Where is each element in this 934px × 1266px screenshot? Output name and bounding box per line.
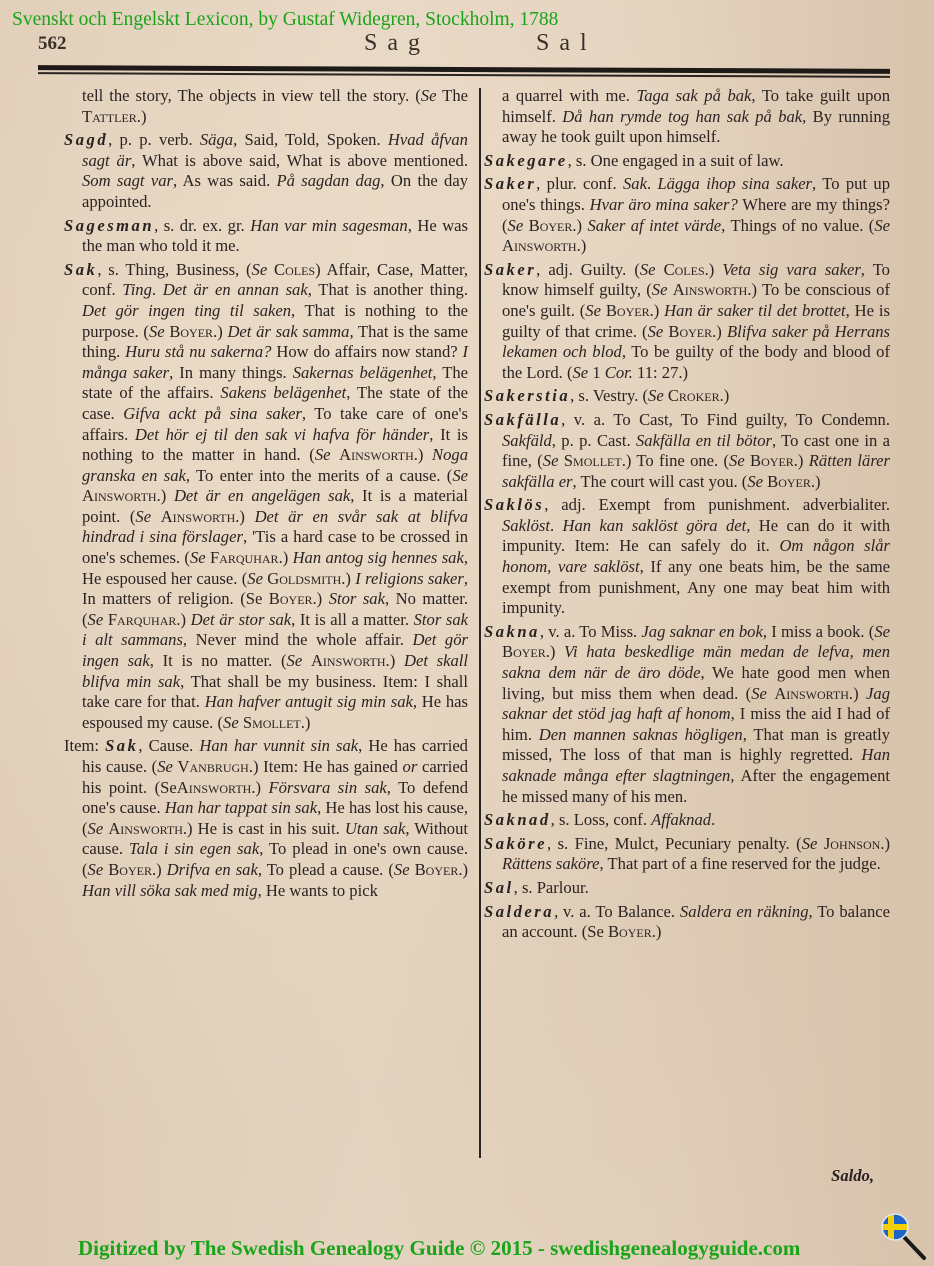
definition-text: , v. a. To Cast, To Find guilty, To Cond…: [561, 410, 890, 429]
headword: Sakfälla: [484, 410, 561, 429]
source-citation: Farquhar: [108, 610, 177, 629]
source-citation: Boyer: [269, 589, 313, 608]
swedish-phrase: Han är saker til det brottet: [664, 301, 845, 320]
definition-text: .): [458, 860, 468, 879]
definition-text: , s. Thing, Business, (: [97, 260, 251, 279]
swedish-phrase: Se: [543, 451, 559, 470]
swedish-phrase: Saker af intet värde: [588, 216, 722, 235]
dictionary-entry: Sakna, v. a. To Miss. Jag saknar en bok,…: [484, 622, 890, 807]
swedish-phrase: Se: [149, 322, 165, 341]
dictionary-entry: Sak, s. Thing, Business, (Se Coles) Affa…: [64, 260, 468, 734]
swedish-phrase: Se: [452, 466, 468, 485]
source-citation: Smollet: [564, 451, 622, 470]
swedish-phrase: Han har tappat sin sak: [165, 798, 317, 817]
swedish-phrase: Se: [573, 363, 589, 382]
swedish-phrase: Han var min sagesman: [250, 216, 408, 235]
source-citation: Ainsworth: [774, 684, 849, 703]
definition-text: , Said, Told, Spoken.: [233, 130, 388, 149]
definition-text: [302, 651, 311, 670]
source-citation: Boyer: [415, 860, 459, 879]
headword: Sagesman: [64, 216, 154, 235]
swedish-phrase: Han kan saklöst göra det: [562, 516, 746, 535]
definition-text: .: [152, 280, 163, 299]
swedish-phrase: Se: [315, 445, 331, 464]
headword: Sagd: [64, 130, 108, 149]
dictionary-entry: Saldera, v. a. To Balance. Saldera en rä…: [484, 902, 890, 943]
headword: Saknad: [484, 810, 551, 829]
definition-text: .): [650, 301, 665, 320]
definition-text: , I miss a book. (: [763, 622, 874, 641]
running-head-left: Sag: [364, 30, 430, 57]
definition-text: , It is no matter. (: [150, 651, 287, 670]
source-citation: Boyer: [108, 860, 152, 879]
headword: Sak: [105, 736, 138, 755]
source-citation: Boyer: [169, 322, 213, 341]
swedish-phrase: Se: [648, 322, 664, 341]
source-citation: Boyer: [502, 642, 546, 661]
headword: Saköre: [484, 834, 547, 853]
definition-text: , That is another thing.: [308, 280, 468, 299]
swedish-phrase: Den mannen saknas högligen: [539, 725, 743, 744]
swedish-phrase: Sakfäld: [502, 431, 552, 450]
dictionary-entry: Sagd, p. p. verb. Säga, Said, Told, Spok…: [64, 130, 468, 212]
definition-text: [331, 445, 340, 464]
swedish-phrase: Det är en angelägen sak: [174, 486, 350, 505]
definition-text: .: [550, 516, 563, 535]
swedish-phrase: På sagdan dag: [277, 171, 381, 190]
swedish-phrase: Han hafver antugit sig min sak: [205, 692, 413, 711]
swedish-phrase: Se: [252, 260, 268, 279]
definition-text: , That part of a fine reserved for the j…: [600, 854, 881, 873]
definition-text: , Cause.: [138, 736, 199, 755]
swedish-phrase: Sakfälla en til bötor: [636, 431, 772, 450]
definition-text: , adj. Exempt from punishment. adverbial…: [544, 495, 890, 514]
source-citation: Goldsmith: [267, 569, 341, 588]
source-citation: Coles: [664, 260, 705, 279]
definition-text: .): [313, 589, 329, 608]
definition-text: .): [235, 507, 254, 526]
definition-text: , s. Loss, conf.: [551, 810, 651, 829]
headword: Sakerstia: [484, 386, 570, 405]
swedish-phrase: Se: [652, 280, 668, 299]
definition-text: tell the story, The objects in view tell…: [82, 86, 421, 105]
swedish-phrase: Cor.: [605, 363, 633, 382]
swedish-phrase: Se: [88, 819, 104, 838]
definition-text: .): [341, 569, 355, 588]
definition-text: .): [880, 834, 890, 853]
swedish-phrase: Tala i sin egen sak: [129, 839, 259, 858]
swedish-phrase: Se: [135, 507, 151, 526]
source-citation: Ainsworth: [108, 819, 183, 838]
left-column: tell the story, The objects in view tell…: [64, 86, 468, 904]
definition-text: .): [577, 236, 587, 255]
definition-text: , Never mind the whole affair.: [183, 630, 413, 649]
definition-text: .): [720, 386, 730, 405]
source-citation: Ainsworth: [673, 280, 748, 299]
swedish-phrase: Se: [802, 834, 818, 853]
collection-title-overlay: Svenskt och Engelskt Lexicon, by Gustaf …: [12, 9, 558, 31]
dictionary-entry: Sakerstia, s. Vestry. (Se Croker.): [484, 386, 890, 407]
page-number: 562: [38, 33, 67, 55]
definition-text: .): [849, 684, 866, 703]
dictionary-entry: Item: Sak, Cause. Han har vunnit sin sak…: [64, 736, 468, 901]
swedish-phrase: Se: [648, 386, 664, 405]
swedish-phrase: Hvar äro mina saker?: [590, 195, 738, 214]
swedish-phrase: Gifva ackt på sina saker: [123, 404, 302, 423]
source-citation: Ainsworth: [339, 445, 414, 464]
source-citation: Ainsworth: [311, 651, 386, 670]
swedish-phrase: Han antog sig hennes sak: [293, 548, 464, 567]
swedish-phrase: Se: [247, 569, 263, 588]
swedish-phrase: Saldera en räkning: [680, 902, 809, 921]
definition-text: .) He is cast in his suit.: [183, 819, 345, 838]
definition-text: , s. Fine, Mulct, Pecuniary penalty. (: [547, 834, 802, 853]
swedish-phrase: Affaknad: [651, 810, 711, 829]
definition-text: , plur. conf.: [536, 174, 623, 193]
source-citation: Ainsworth: [82, 486, 157, 505]
swedish-phrase: Se: [190, 548, 206, 567]
swedish-phrase: Lägga ihop sina saker: [657, 174, 812, 193]
headword: Saker: [484, 174, 536, 193]
swedish-phrase: Ting: [122, 280, 152, 299]
definition-text: , s. Vestry. (: [570, 386, 648, 405]
headword: Saklös: [484, 495, 544, 514]
source-citation: Croker: [668, 386, 720, 405]
definition-text: a quarrel with me.: [502, 86, 636, 105]
definition-text: , The court will cast you. (: [573, 472, 748, 491]
definition-text: .): [176, 610, 190, 629]
dictionary-entry: Sakfälla, v. a. To Cast, To Find guilty,…: [484, 410, 890, 492]
swedish-phrase: Se: [729, 451, 745, 470]
swedish-phrase: Huru stå nu sakerna?: [125, 342, 271, 361]
definition-text: The: [436, 86, 468, 105]
swedish-phrase: Sakens belägenhet: [220, 383, 346, 402]
swedish-phrase: Se: [751, 684, 767, 703]
definition-text: How do affairs now stand?: [271, 342, 462, 361]
source-citation: Boyer: [668, 322, 712, 341]
swedish-phrase: Utan sak: [345, 819, 405, 838]
definition-text: .): [251, 778, 268, 797]
definition-text: .): [213, 322, 227, 341]
swedish-phrase: Se: [287, 651, 303, 670]
definition-text: .) To fine one. (: [622, 451, 729, 470]
definition-text: .): [157, 486, 174, 505]
swedish-phrase: Se: [157, 757, 173, 776]
definition-text: .): [279, 548, 293, 567]
swedish-phrase: Han vill söka sak med mig: [82, 881, 258, 900]
swedish-phrase: Drifva en sak: [167, 860, 258, 879]
swedish-phrase: Rättens saköre: [502, 854, 600, 873]
source-citation: Johnson: [824, 834, 880, 853]
swedish-phrase: Stor sak: [329, 589, 385, 608]
definition-text: , He wants to pick: [258, 881, 378, 900]
entry-continuation: a quarrel with me. Taga sak på bak, To t…: [484, 86, 890, 148]
source-citation: Coles: [274, 260, 315, 279]
definition-text: , s. One engaged in a suit of law.: [568, 151, 784, 170]
right-column: a quarrel with me. Taga sak på bak, To t…: [484, 86, 890, 946]
definition-text: .): [811, 472, 821, 491]
swedish-phrase: Se: [88, 610, 104, 629]
swedish-phrase: Saklöst: [502, 516, 550, 535]
source-citation: Tattler: [82, 107, 137, 126]
definition-text: , v. a. To Miss.: [540, 622, 642, 641]
source-citation: Farquhar: [210, 548, 279, 567]
definition-text: .): [572, 216, 587, 235]
definition-text: , s. dr. ex. gr.: [154, 216, 250, 235]
definition-text: , adj. Guilty. (: [536, 260, 640, 279]
definition-text: , To plead a cause. (: [258, 860, 394, 879]
swedish-phrase: Försvara sin sak: [269, 778, 387, 797]
entry-continuation: tell the story, The objects in view tell…: [64, 86, 468, 127]
swedish-phrase: Se: [747, 472, 763, 491]
definition-text: , p. p. verb.: [108, 130, 200, 149]
dictionary-entry: Sal, s. Parlour.: [484, 878, 890, 899]
definition-text: , s. Parlour.: [514, 878, 589, 897]
definition-text: .): [414, 445, 432, 464]
definition-text: [151, 507, 161, 526]
dictionary-entry: Saker, plur. conf. Sak. Lägga ihop sina …: [484, 174, 890, 256]
definition-text: 1: [588, 363, 605, 382]
swedish-phrase: Det hör ej til den sak vi hafva för händ…: [135, 425, 429, 444]
swedish-phrase: or: [403, 757, 418, 776]
dictionary-entry: Sakegare, s. One engaged in a suit of la…: [484, 151, 890, 172]
source-citation: Boyer: [606, 301, 650, 320]
swedish-phrase: I religions saker: [355, 569, 464, 588]
definition-text: , As was said.: [173, 171, 277, 190]
swedish-phrase: Se: [394, 860, 410, 879]
swedish-phrase: Sakernas belägenhet: [293, 363, 433, 382]
source-citation: Boyer: [750, 451, 794, 470]
source-citation: Boyer: [608, 922, 652, 941]
swedish-phrase: Jag saknar en bok: [641, 622, 762, 641]
swedish-phrase: Se: [585, 301, 601, 320]
definition-text: .): [386, 651, 404, 670]
definition-text: .): [301, 713, 311, 732]
swedish-phrase: Se: [88, 860, 104, 879]
swedish-phrase: Det är stor sak: [191, 610, 291, 629]
definition-text: , v. a. To Balance.: [554, 902, 680, 921]
swedish-phrase: Det gör ingen ting til saken: [82, 301, 291, 320]
source-citation: Boyer: [529, 216, 573, 235]
source-citation: Vanbrugh: [178, 757, 249, 776]
digitized-by-footer: Digitized by The Swedish Genealogy Guide…: [78, 1236, 800, 1261]
swedish-phrase: Se: [223, 713, 239, 732]
swedish-phrase: Taga sak på bak: [636, 86, 751, 105]
definition-text: .): [712, 322, 727, 341]
swedish-phrase: Han har vunnit sin sak: [199, 736, 358, 755]
swedish-phrase: Det är en annan sak: [163, 280, 308, 299]
definition-text: .): [152, 860, 167, 879]
dictionary-entry: Saköre, s. Fine, Mulct, Pecuniary penalt…: [484, 834, 890, 875]
swedish-phrase: Sak: [623, 174, 647, 193]
definition-text: .): [794, 451, 809, 470]
dictionary-entry: Saker, adj. Guilty. (Se Coles.) Veta sig…: [484, 260, 890, 384]
definition-text: , What is above said, What is above ment…: [131, 151, 468, 170]
definition-text: [267, 260, 274, 279]
swedish-phrase: Se: [421, 86, 437, 105]
definition-text: , p. p. Cast.: [552, 431, 636, 450]
headword: Sak: [64, 260, 97, 279]
definition-text: [656, 260, 664, 279]
source-citation: Ainsworth: [177, 778, 252, 797]
swedish-phrase: Det är sak samma: [227, 322, 349, 341]
headword: Sal: [484, 878, 514, 897]
source-citation: Smollet: [243, 713, 301, 732]
source-citation: Boyer: [767, 472, 811, 491]
swedish-phrase: Se: [874, 622, 890, 641]
definition-text: 11: 27.): [633, 363, 688, 382]
headword: Sakegare: [484, 151, 568, 170]
definition-text: .): [137, 107, 147, 126]
source-citation: Ainsworth: [502, 236, 577, 255]
swedish-flag-magnifier-icon[interactable]: [878, 1210, 928, 1262]
dictionary-entry: Saklös, adj. Exempt from punishment. adv…: [484, 495, 890, 619]
definition-text: , To enter into the merits of a cause. (: [186, 466, 452, 485]
definition-text: .): [705, 260, 723, 279]
swedish-phrase: Se: [874, 216, 890, 235]
catchword: Saldo,: [831, 1166, 874, 1186]
column-divider: [479, 88, 481, 1158]
swedish-phrase: Som sagt var: [82, 171, 173, 190]
source-citation: Ainsworth: [161, 507, 236, 526]
dictionary-entry: Saknad, s. Loss, conf. Affaknad.: [484, 810, 890, 831]
swedish-phrase: Se: [508, 216, 524, 235]
swedish-phrase: Se: [640, 260, 656, 279]
headword: Saldera: [484, 902, 554, 921]
running-head-right: Sal: [536, 30, 597, 57]
definition-text: .): [652, 922, 662, 941]
headword: Sakna: [484, 622, 540, 641]
definition-text: Item:: [64, 736, 105, 755]
swedish-phrase: Säga: [200, 130, 233, 149]
swedish-phrase: Då han rymde tog han sak på bak: [562, 107, 802, 126]
swedish-phrase: Veta sig vara saker: [722, 260, 860, 279]
definition-text: .): [546, 642, 564, 661]
definition-text: .) Item: He has gained: [249, 757, 403, 776]
definition-text: .: [711, 810, 715, 829]
definition-text: , In many things.: [169, 363, 293, 382]
definition-text: , Things of no value. (: [721, 216, 874, 235]
definition-text: .: [647, 174, 658, 193]
headword: Saker: [484, 260, 536, 279]
dictionary-entry: Sagesman, s. dr. ex. gr. Han var min sag…: [64, 216, 468, 257]
definition-text: , It is all a matter.: [291, 610, 414, 629]
